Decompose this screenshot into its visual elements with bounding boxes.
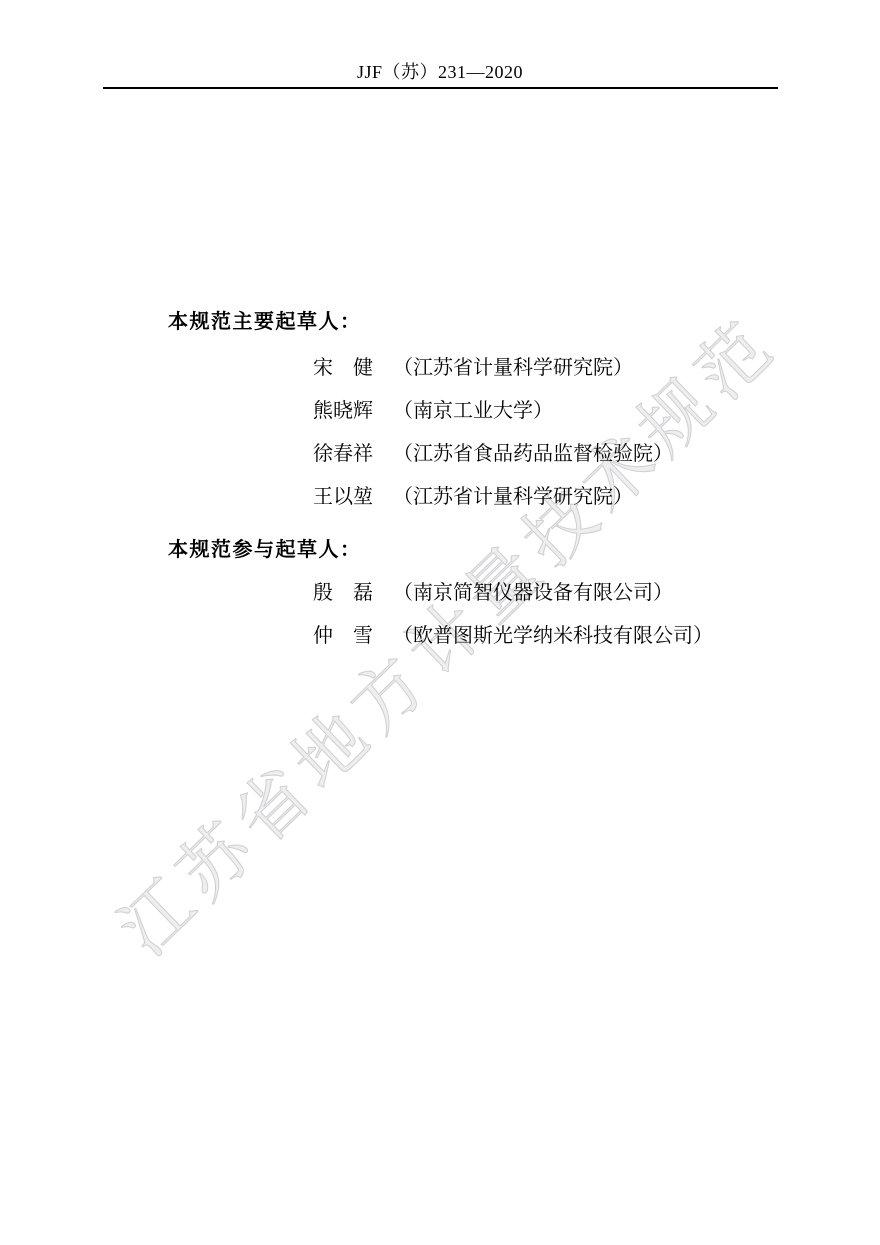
drafter-row: 仲 雪 （欧普图斯光学纳米科技有限公司） — [313, 624, 713, 648]
section-title-participant-drafters: 本规范参与起草人： — [168, 538, 362, 562]
drafter-row: 徐春祥 （江苏省食品药品监督检验院） — [313, 442, 673, 466]
page-content: 本规范主要起草人： 宋 健 （江苏省计量科学研究院） 熊晓辉 （南京工业大学） … — [0, 0, 880, 1245]
drafter-affiliation: （欧普图斯光学纳米科技有限公司） — [393, 624, 713, 648]
drafter-name: 宋 健 — [313, 356, 393, 380]
drafter-row: 殷 磊 （南京简智仪器设备有限公司） — [313, 581, 673, 605]
drafter-affiliation: （江苏省食品药品监督检验院） — [393, 442, 673, 466]
drafter-name: 王以堃 — [313, 485, 393, 509]
drafter-name: 殷 磊 — [313, 581, 393, 605]
section-title-chief-drafters: 本规范主要起草人： — [168, 310, 362, 334]
drafter-affiliation: （南京工业大学） — [393, 399, 553, 423]
drafter-row: 熊晓辉 （南京工业大学） — [313, 399, 553, 423]
drafter-row: 宋 健 （江苏省计量科学研究院） — [313, 356, 633, 380]
drafter-name: 熊晓辉 — [313, 399, 393, 423]
drafter-name: 仲 雪 — [313, 624, 393, 648]
drafter-name: 徐春祥 — [313, 442, 393, 466]
document-page: 江苏省地方计量技术规范 JJF（苏）231—2020 本规范主要起草人： 宋 健… — [0, 0, 880, 1245]
drafter-row: 王以堃 （江苏省计量科学研究院） — [313, 485, 633, 509]
drafter-affiliation: （江苏省计量科学研究院） — [393, 356, 633, 380]
drafter-affiliation: （南京简智仪器设备有限公司） — [393, 581, 673, 605]
drafter-affiliation: （江苏省计量科学研究院） — [393, 485, 633, 509]
